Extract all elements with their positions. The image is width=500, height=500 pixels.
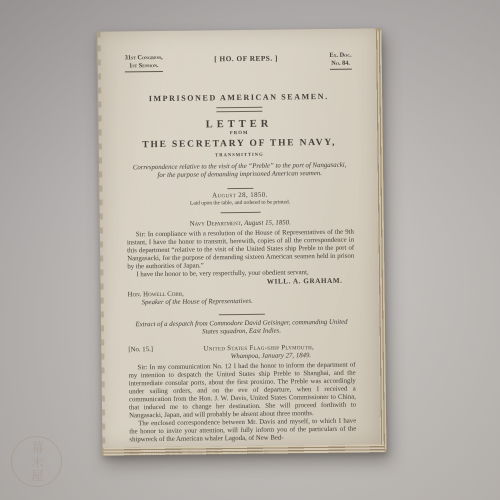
despatch-number: [No. 15.]	[128, 346, 153, 353]
doc-type-line: Ex. Doc.	[329, 52, 351, 60]
addressee-title: Speaker of the House of Representatives.	[128, 296, 355, 307]
photo-background: 幕末屋 31st Congress, 1st Session. [ HO. OF…	[0, 0, 500, 500]
letter1-addressee: Hon. Howell Cobb, Speaker of the House o…	[128, 288, 355, 307]
dateline-date: August 15, 1850.	[244, 219, 291, 227]
caption-header-row: 31st Congress, 1st Session. [ HO. OF REP…	[125, 52, 352, 73]
bleed-through-ghost-text: His Excellency J. W. Davis, U. S. Commis…	[130, 449, 357, 459]
letter2-paragraph-1: Sir: In my communication No. 12 I had th…	[128, 362, 356, 421]
watermark-characters: 幕末屋	[30, 441, 43, 483]
rule-divider	[218, 313, 264, 315]
doc-number-line: No. 84.	[329, 59, 351, 67]
extract-heading: Extract of a despatch from Commodore Dav…	[134, 318, 350, 338]
navy-department-dateline: Navy Department, August 15, 1850.	[127, 218, 354, 228]
flagship-dateline: United States Flag-ship Plymouth,	[128, 343, 355, 353]
rule-divider	[227, 188, 253, 189]
document-number-caption: Ex. Doc. No. 84.	[329, 52, 352, 70]
printed-text-column: 31st Congress, 1st Session. [ HO. OF REP…	[125, 52, 357, 459]
subject-title: IMPRISONED AMERICAN SEAMEN.	[125, 92, 352, 104]
pamphlet-document: 31st Congress, 1st Session. [ HO. OF REP…	[96, 28, 386, 455]
transmitting-heading: TRANSMITTING	[126, 150, 353, 158]
bakumatsuya-seal-watermark: 幕末屋	[11, 436, 62, 487]
session-line: 1st Session.	[125, 62, 163, 70]
chamber-caption: [ HO. OF REPS. ]	[214, 54, 278, 64]
letter1-body-paragraph: Sir: In compliance with a resolution of …	[127, 228, 354, 271]
double-rule-divider	[216, 107, 262, 112]
transmittal-subtitle: Correspondence relative to the visit of …	[129, 161, 349, 181]
congress-session-caption: 31st Congress, 1st Session.	[125, 54, 163, 73]
dateline-place: Navy Department,	[190, 220, 243, 228]
letter2-paragraph-2: The enclosed correspondence between Mr. …	[129, 418, 356, 445]
title-page: 31st Congress, 1st Session. [ HO. OF REP…	[96, 28, 380, 447]
author-heading: THE SECRETARY OF THE NAVY,	[126, 137, 353, 150]
rule-divider	[220, 211, 260, 212]
